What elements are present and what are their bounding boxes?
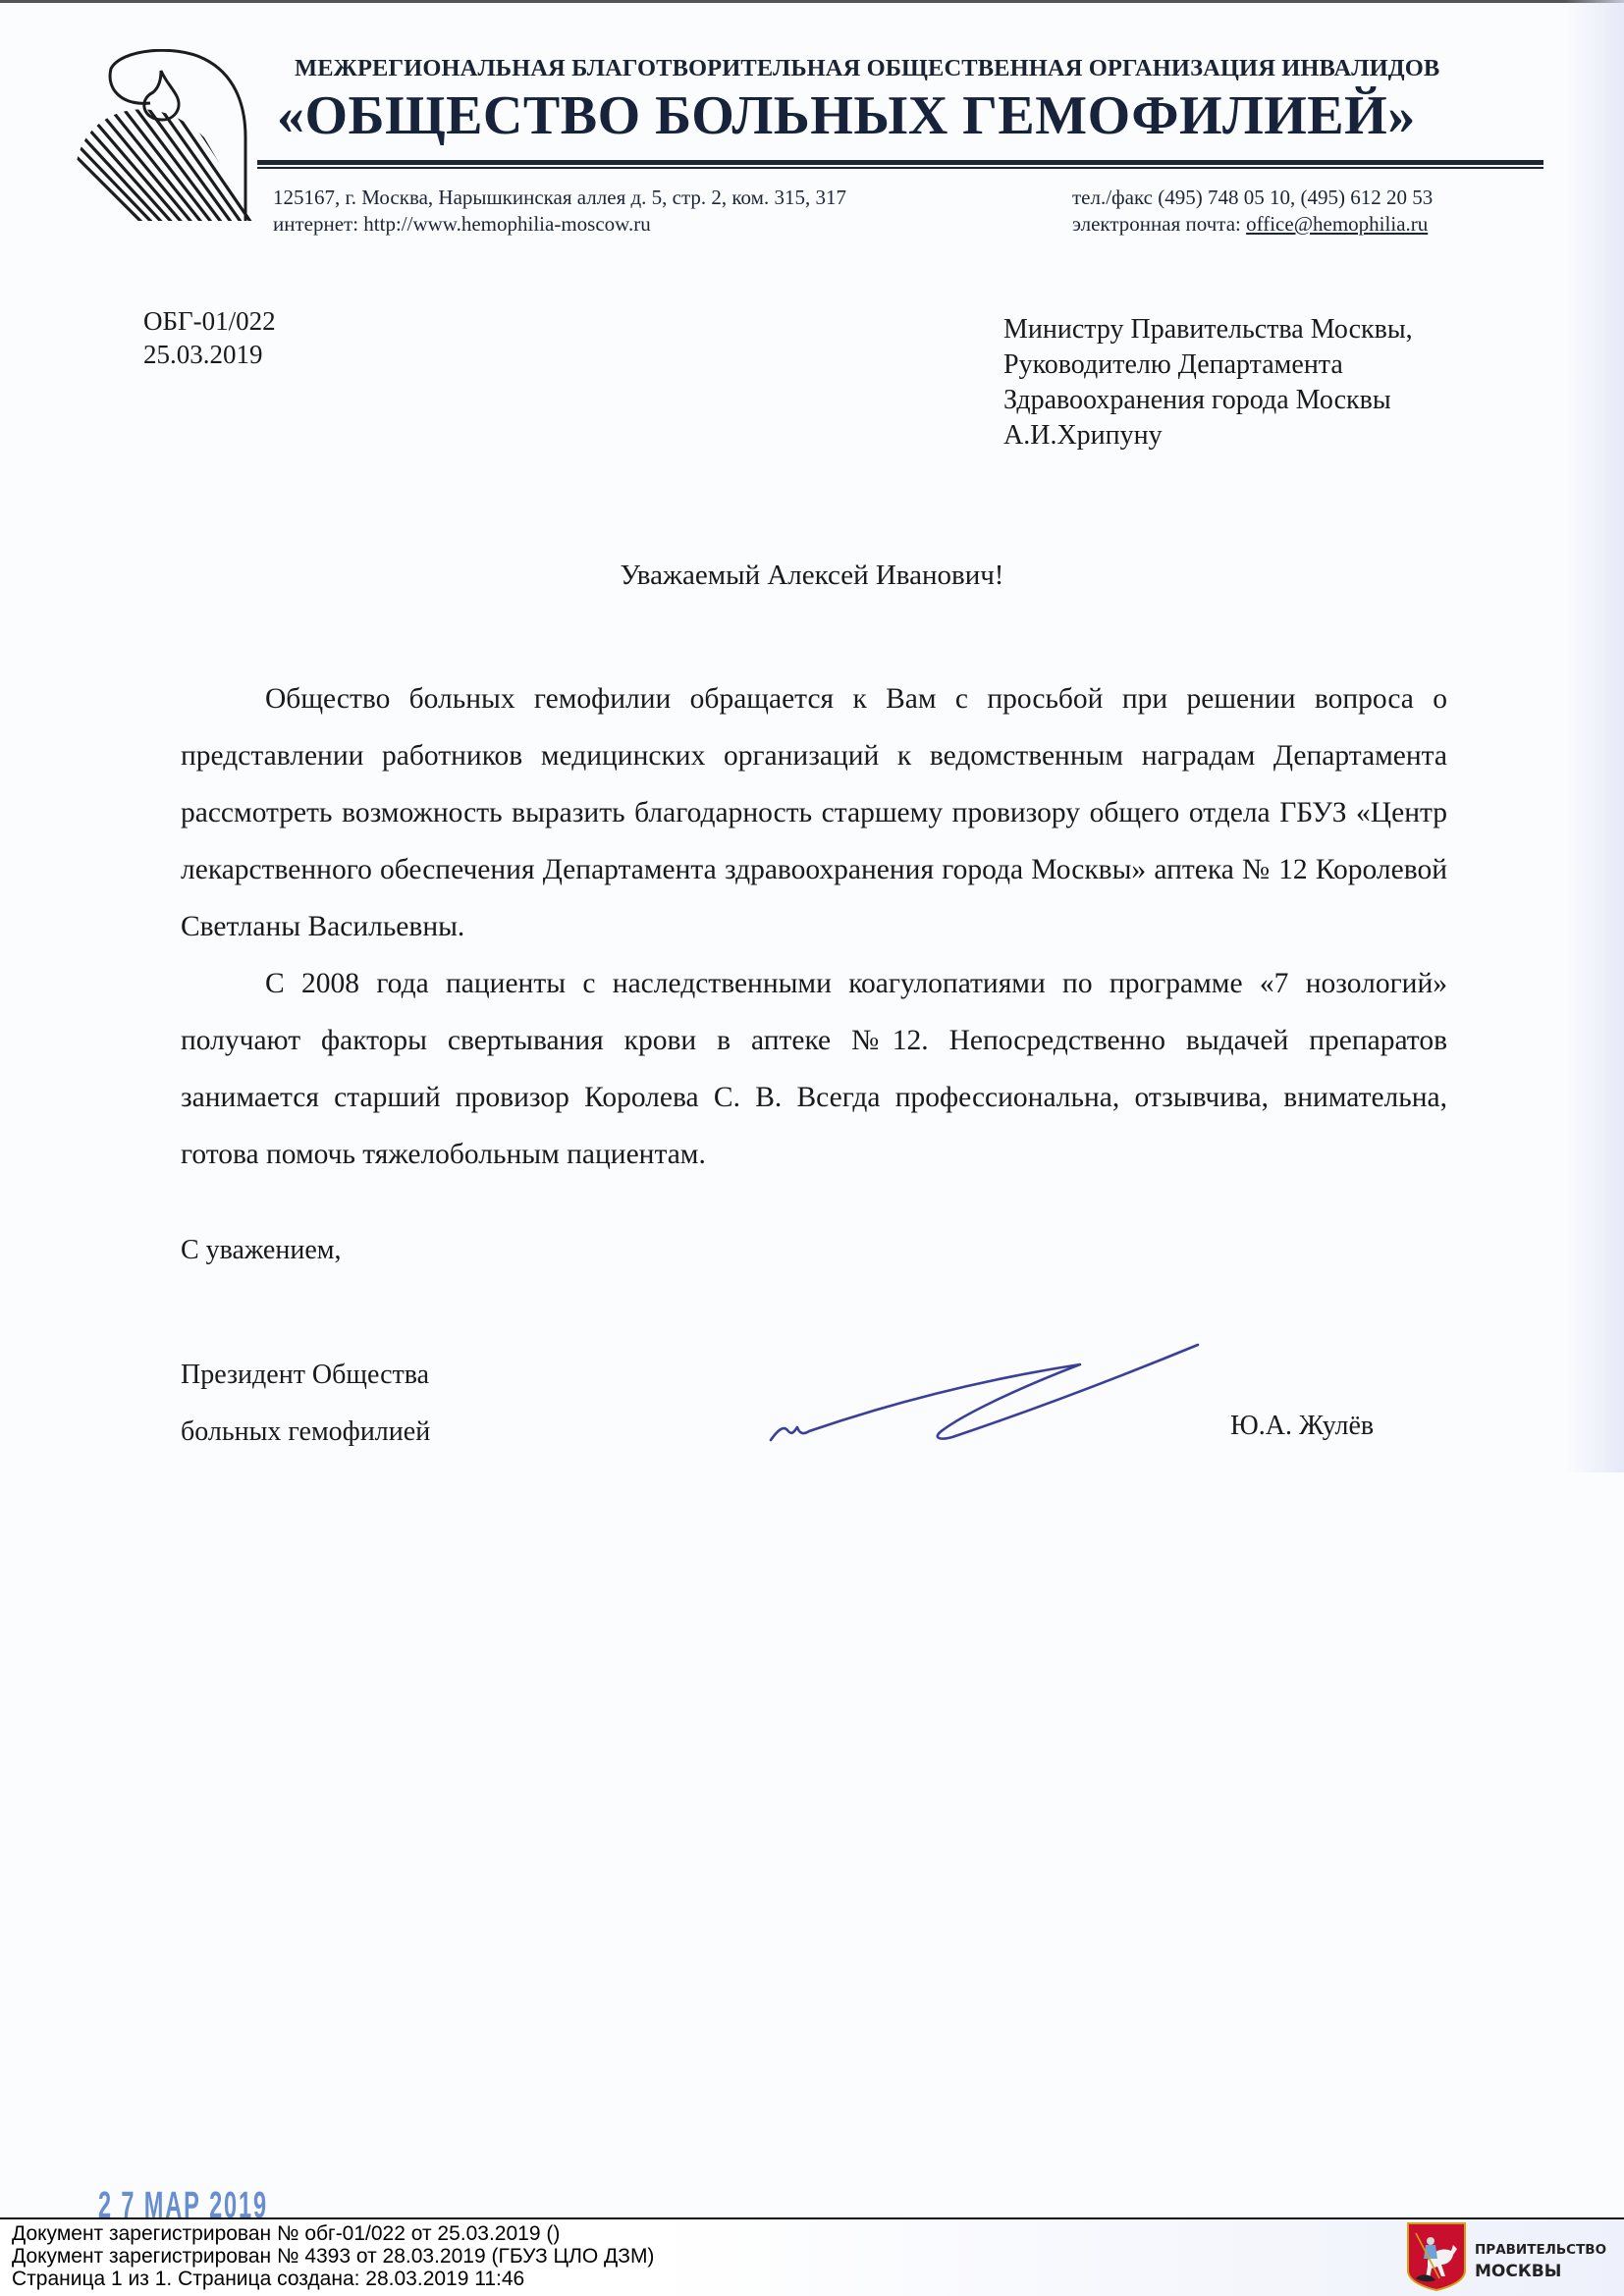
email-line: электронная почта: office@hemophilia.ru [1072, 211, 1433, 238]
page-top-edge [0, 0, 1624, 3]
signer-role-line: больных гемофилией [181, 1404, 430, 1461]
header-rule-thick [257, 160, 1543, 165]
header-rule-thin [257, 167, 1543, 169]
phone: тел./факс (495) 748 05 10, (495) 612 20 … [1072, 185, 1433, 211]
signer-role: Президент Общества больных гемофилией [181, 1347, 430, 1461]
addressee-line: Здравоохранения города Москвы [1003, 383, 1413, 418]
gov-name-line1: ПРАВИТЕЛЬСТВО [1475, 2239, 1606, 2261]
closing: С уважением, [181, 1235, 341, 1266]
registration-line: Страница 1 из 1. Страница создана: 28.03… [12, 2268, 654, 2290]
org-subtitle: МЕЖРЕГИОНАЛЬНАЯ БЛАГОТВОРИТЕЛЬНАЯ ОБЩЕСТ… [295, 55, 1439, 82]
reference-date: 25.03.2019 [143, 338, 276, 371]
body-paragraph: С 2008 года пациенты с наследственными к… [181, 955, 1447, 1183]
addressee-line: Руководителю Департамента [1003, 347, 1413, 383]
body-paragraph: Общество больных гемофилии обращается к … [181, 670, 1447, 955]
email-label: электронная почта: [1072, 212, 1246, 236]
addressee-block: Министру Правительства Москвы, Руководит… [1003, 312, 1413, 454]
signer-name: Ю.А. Жулёв [1230, 1411, 1374, 1442]
scan-shadow [1565, 0, 1624, 1472]
website-link[interactable]: http://www.hemophilia-moscow.ru [363, 212, 650, 236]
contact-phone-block: тел./факс (495) 748 05 10, (495) 612 20 … [1072, 185, 1433, 238]
contact-address-block: 125167, г. Москва, Нарышкинская аллея д.… [273, 185, 846, 238]
registration-line: Документ зарегистрирован № 4393 от 28.03… [12, 2245, 654, 2268]
website-line: интернет: http://www.hemophilia-moscow.r… [273, 211, 846, 238]
handwritten-signature-icon [766, 1337, 1208, 1455]
addressee-line: А.И.Хрипуну [1003, 418, 1413, 454]
registration-info: Документ зарегистрирован № обг-01/022 от… [12, 2222, 654, 2290]
internet-label: интернет: [273, 212, 363, 236]
candle-flame-logo-icon [67, 49, 263, 226]
email-link[interactable]: office@hemophilia.ru [1246, 212, 1428, 236]
date-stamp: 2 7 МАР 2019 [98, 2185, 268, 2227]
gov-name-line2: МОСКВЫ [1475, 2261, 1606, 2282]
gov-name: ПРАВИТЕЛЬСТВО МОСКВЫ [1475, 2239, 1606, 2282]
registration-line: Документ зарегистрирован № обг-01/022 от… [12, 2222, 654, 2245]
salutation: Уважаемый Алексей Иванович! [0, 560, 1624, 592]
footer-rule [0, 2217, 1624, 2219]
letter-body: Общество больных гемофилии обращается к … [181, 670, 1447, 1183]
reference-block: ОБГ-01/022 25.03.2019 [143, 304, 276, 371]
addressee-line: Министру Правительства Москвы, [1003, 312, 1413, 347]
org-title: «ОБЩЕСТВО БОЛЬНЫХ ГЕМОФИЛИЕЙ» [277, 88, 1416, 143]
reference-number: ОБГ-01/022 [143, 304, 276, 338]
moscow-coat-of-arms-icon [1406, 2221, 1467, 2292]
signer-role-line: Президент Общества [181, 1347, 430, 1404]
address: 125167, г. Москва, Нарышкинская аллея д.… [273, 185, 846, 211]
